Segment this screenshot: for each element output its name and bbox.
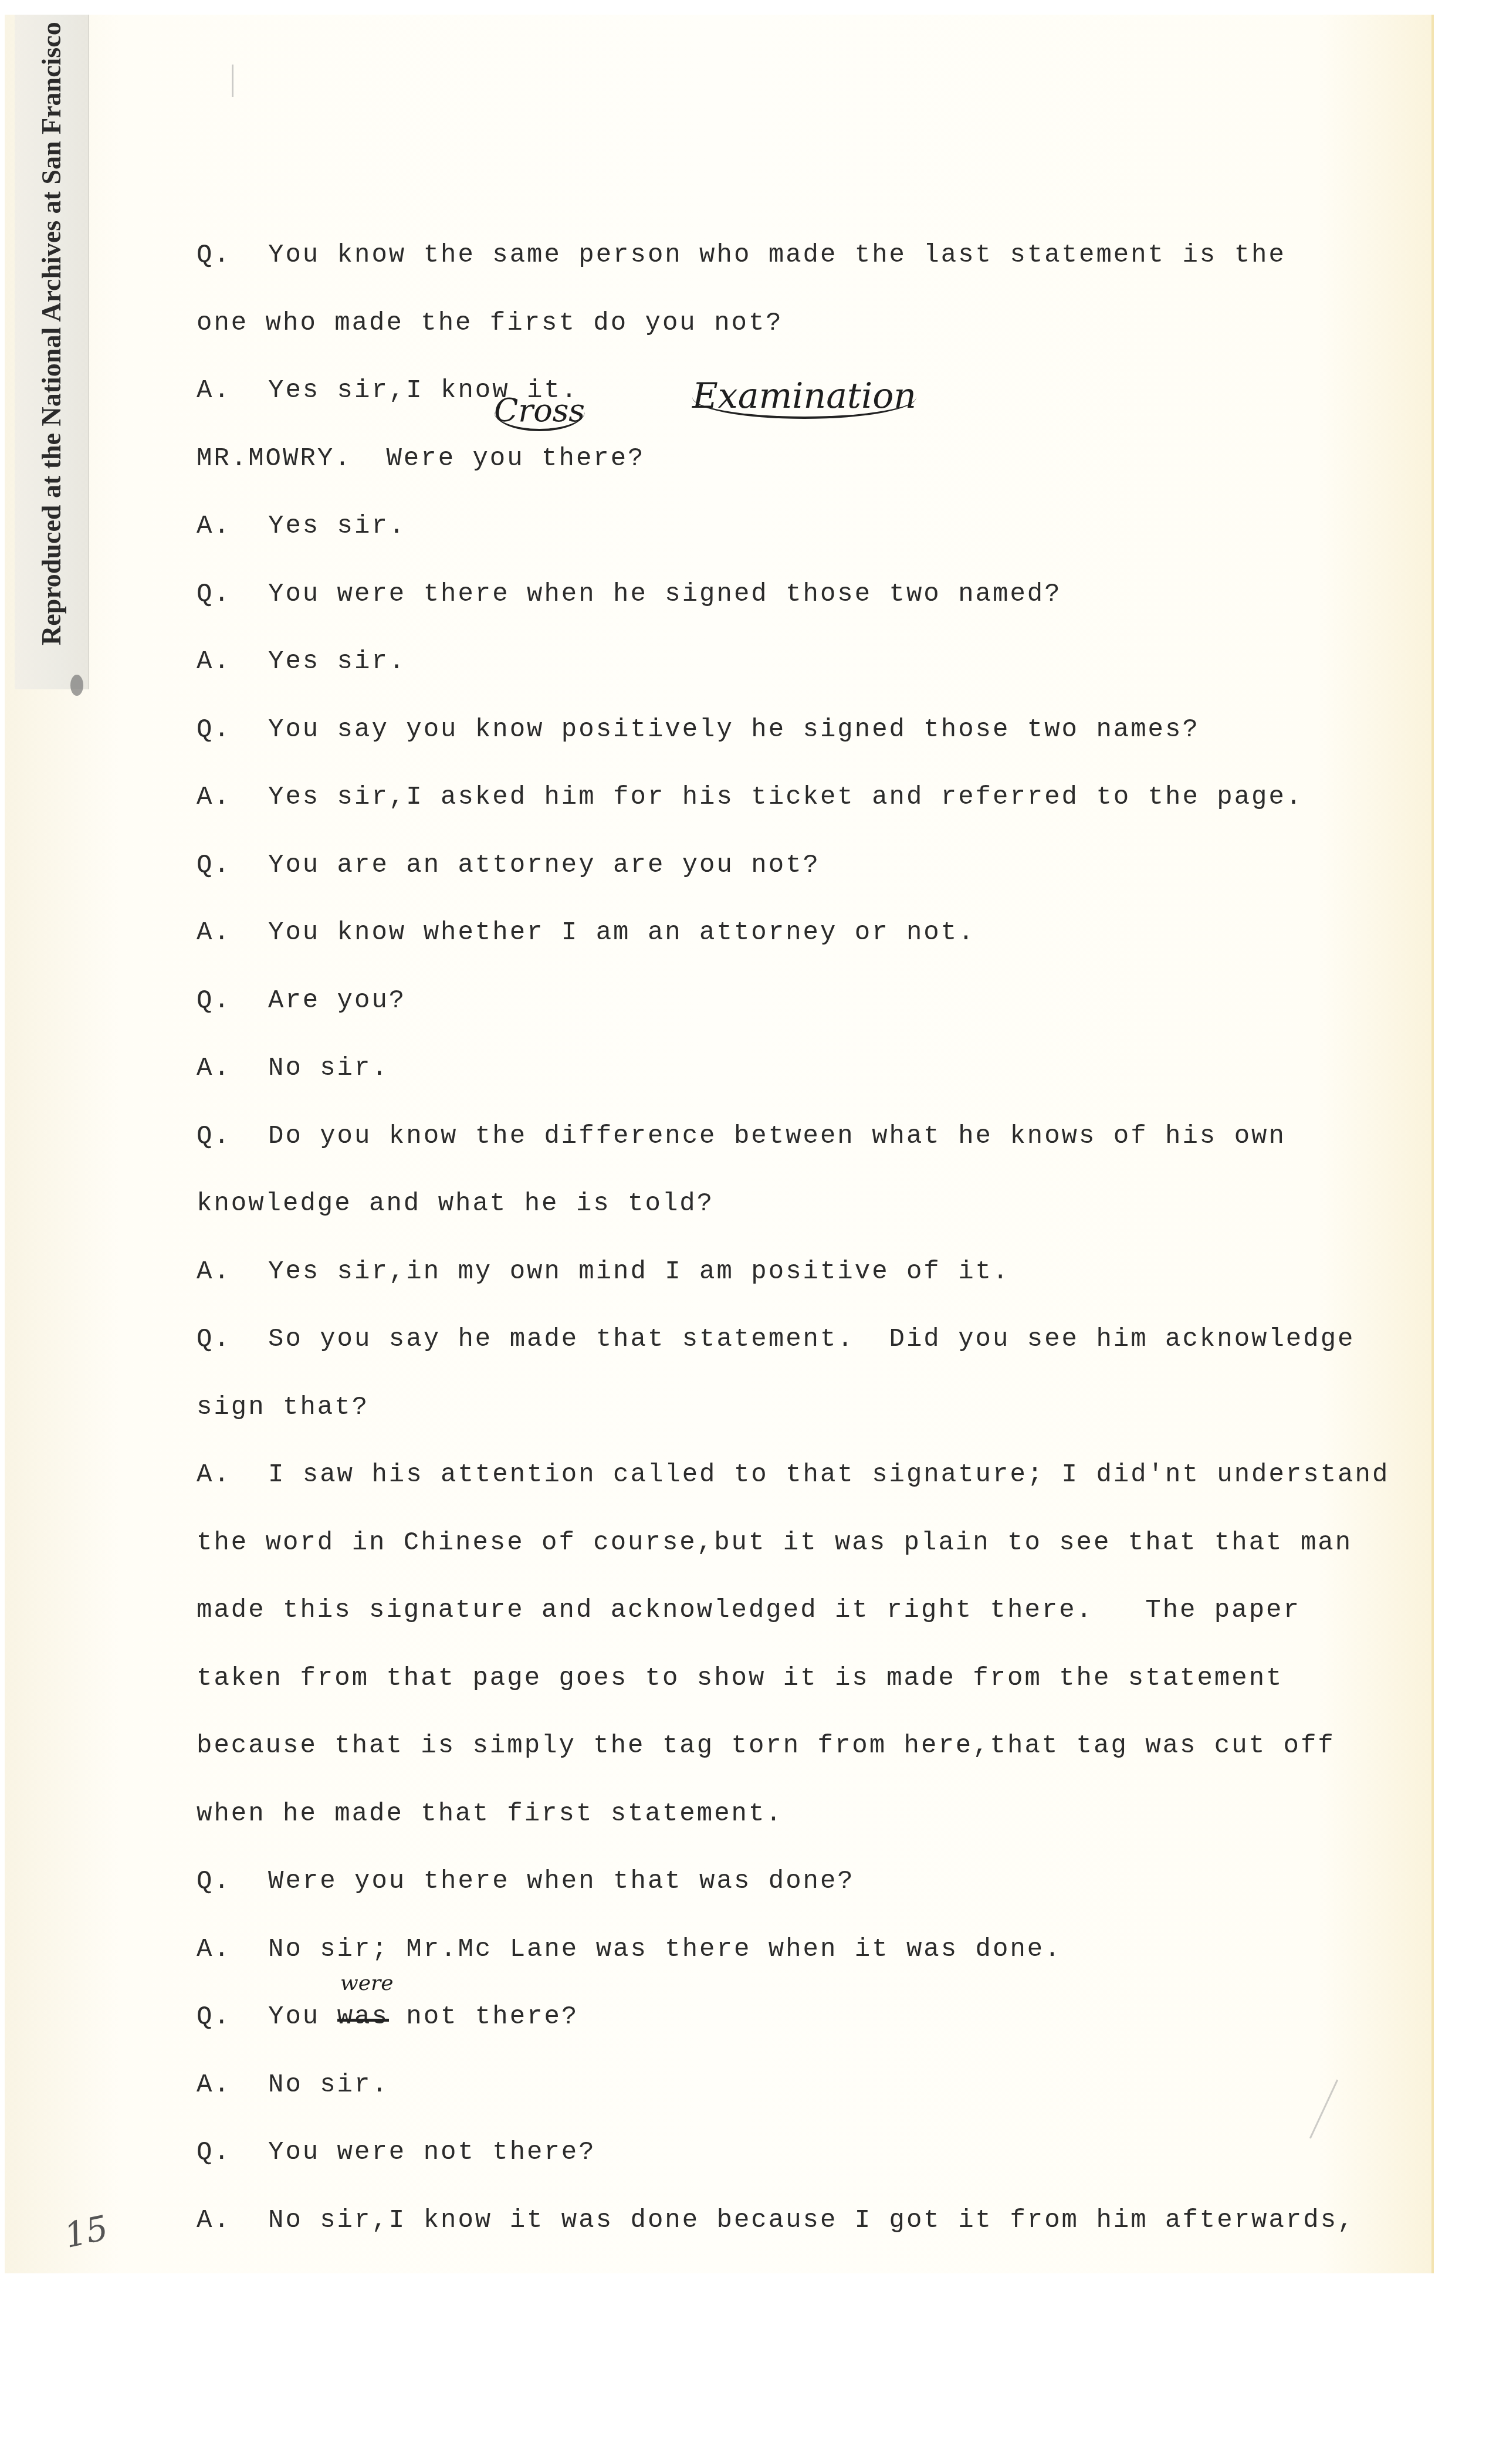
answer-label: A. <box>197 644 268 679</box>
line-text: Are you? <box>268 986 406 1016</box>
transcript-line: Q.You know the same person who made the … <box>197 238 1286 273</box>
line-text: I saw his attention called to that signa… <box>268 1460 1389 1490</box>
transcript-line: one who made the first do you not? <box>197 306 783 341</box>
answer-label: A. <box>197 1051 268 1086</box>
question-label: Q. <box>197 1864 268 1899</box>
transcript-line: taken from that page goes to show it is … <box>197 1661 1283 1696</box>
transcript-line: Q.You say you know positively he signed … <box>197 712 1200 747</box>
transcript-line: Q.Are you? <box>197 983 406 1018</box>
line-text: one who made the first do you not? <box>197 309 783 338</box>
answer-label: A. <box>197 2203 268 2238</box>
line-text: You <box>268 2002 337 2032</box>
answer-label: A. <box>197 373 268 408</box>
line-text: sign that? <box>197 1393 369 1422</box>
line-text: No sir. <box>268 1054 389 1083</box>
transcript-line: MR.MOWRY. Were you there? <box>197 441 645 476</box>
transcript-line: Q.So you say he made that statement. Did… <box>197 1322 1355 1357</box>
answer-label: A. <box>197 915 268 950</box>
line-text: made this signature and acknowledged it … <box>197 1596 1301 1625</box>
transcript-line: A.Yes sir. <box>197 509 406 544</box>
question-label: Q. <box>197 1119 268 1154</box>
line-text: the word in Chinese of course,but it was… <box>197 1528 1352 1558</box>
line-text: You know whether I am an attorney or not… <box>268 918 976 947</box>
transcript-line: Q.You were there when he signed those tw… <box>197 577 1062 612</box>
transcript-line: Q.Do you know the difference between wha… <box>197 1119 1286 1154</box>
answer-label: A. <box>197 1457 268 1492</box>
archive-stamp-strip: Reproduced at the National Archives at S… <box>15 15 89 689</box>
transcript-line: A.Yes sir,in my own mind I am positive o… <box>197 1254 1010 1289</box>
answer-label: A. <box>197 780 268 815</box>
question-label: Q. <box>197 1322 268 1357</box>
handwritten-examination: Examination <box>692 375 916 417</box>
line-text: knowledge and what he is told? <box>197 1189 714 1219</box>
handwritten-cross: Cross <box>494 392 585 429</box>
struck-word: was <box>337 2002 389 2032</box>
transcript-line: when he made that first statement. <box>197 1796 783 1832</box>
line-text: So you say he made that statement. Did y… <box>268 1325 1355 1354</box>
line-text: No sir; Mr.Mc Lane was there when it was… <box>268 1935 1062 1964</box>
transcript-line: Q.You are an attorney are you not? <box>197 848 820 883</box>
line-text: Yes sir. <box>268 512 406 541</box>
answer-label: A. <box>197 2067 268 2103</box>
line-text: Yes sir,I asked him for his ticket and r… <box>268 783 1303 812</box>
answer-label: A. <box>197 509 268 544</box>
transcript-line: the word in Chinese of course,but it was… <box>197 1525 1352 1561</box>
line-text: Were you there when that was done? <box>268 1867 855 1896</box>
question-label: Q. <box>197 2135 268 2170</box>
transcript-line: A.You know whether I am an attorney or n… <box>197 915 976 950</box>
line-text: No sir,I know it was done because I got … <box>268 2206 1355 2235</box>
line-text: You were not there? <box>268 2138 596 2167</box>
question-label: Q. <box>197 1999 268 2035</box>
transcript-line: because that is simply the tag torn from… <box>197 1728 1335 1764</box>
line-text: not there? <box>389 2002 578 2032</box>
line-text: because that is simply the tag torn from… <box>197 1731 1335 1761</box>
transcript-line: A.No sir. <box>197 1051 389 1086</box>
transcript-line: A.No sir,I know it was done because I go… <box>197 2203 1355 2238</box>
line-text: You say you know positively he signed th… <box>268 715 1200 744</box>
line-text: You know the same person who made the la… <box>268 241 1286 270</box>
answer-label: A. <box>197 1254 268 1289</box>
transcript-line: A.No sir; Mr.Mc Lane was there when it w… <box>197 1932 1062 1967</box>
question-label: Q. <box>197 577 268 612</box>
staple-mark <box>70 675 83 696</box>
transcript-line: A.I saw his attention called to that sig… <box>197 1457 1389 1492</box>
question-label: Q. <box>197 238 268 273</box>
transcript-line: sign that? <box>197 1390 369 1425</box>
transcript-line: knowledge and what he is told? <box>197 1186 714 1221</box>
line-text: taken from that page goes to show it is … <box>197 1664 1283 1693</box>
line-text: Yes sir,in my own mind I am positive of … <box>268 1257 1010 1287</box>
transcript-line: made this signature and acknowledged it … <box>197 1593 1301 1628</box>
line-text: You are an attorney are you not? <box>268 851 820 880</box>
transcript-line: Q.Were you there when that was done? <box>197 1864 855 1899</box>
question-label: Q. <box>197 712 268 747</box>
question-label: Q. <box>197 983 268 1018</box>
transcript-line: Q.You was not there? <box>197 1999 578 2035</box>
transcript-line: A.Yes sir. <box>197 644 406 679</box>
transcript-line: Q.You were not there? <box>197 2135 596 2170</box>
line-text: when he made that first statement. <box>197 1799 783 1829</box>
line-text: Yes sir. <box>268 647 406 676</box>
question-label: Q. <box>197 848 268 883</box>
answer-label: A. <box>197 1932 268 1967</box>
handwritten-correction-were: were <box>340 1971 394 1995</box>
transcript-line: A.Yes sir,I asked him for his ticket and… <box>197 780 1303 815</box>
archive-stamp-text: Reproduced at the National Archives at S… <box>34 29 69 645</box>
transcript-line: A.No sir. <box>197 2067 389 2103</box>
line-text: Do you know the difference between what … <box>268 1122 1286 1151</box>
margin-mark <box>232 65 233 97</box>
line-text: No sir. <box>268 2070 389 2100</box>
line-text: You were there when he signed those two … <box>268 580 1062 609</box>
line-text: MR.MOWRY. Were you there? <box>197 444 645 473</box>
